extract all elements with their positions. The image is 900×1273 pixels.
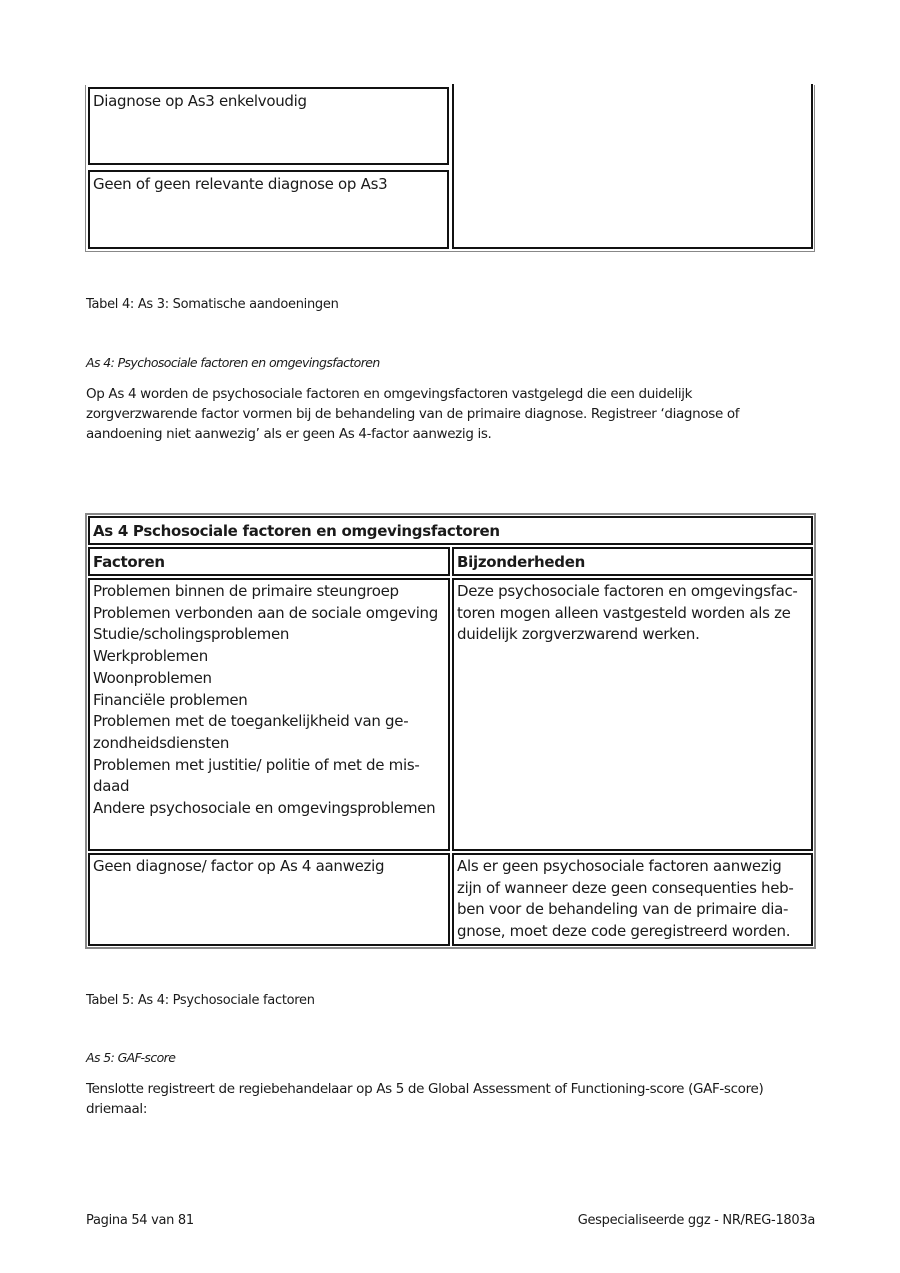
column-header-factoren: Factoren bbox=[88, 547, 450, 576]
section-heading-as5: As 5: GAF-score bbox=[86, 1050, 175, 1065]
paragraph-line: Op As 4 worden de psychosociale factoren… bbox=[86, 384, 826, 404]
table-5-caption: Tabel 5: As 4: Psychosociale factoren bbox=[86, 993, 315, 1008]
detail-line: gnose, moet deze code geregistreerd word… bbox=[457, 921, 808, 943]
table-title: As 4 Pschosociale factoren en omgevingsf… bbox=[88, 516, 813, 545]
page-number: Pagina 54 van 81 bbox=[86, 1213, 194, 1228]
table-cell-bijzonderheden: Deze psychosociale factoren en omgevings… bbox=[452, 578, 813, 851]
detail-line: duidelijk zorgverzwarend werken. bbox=[457, 624, 808, 646]
factor-line: Werkproblemen bbox=[93, 646, 445, 668]
paragraph-line: zorgverzwarende factor vormen bij de beh… bbox=[86, 404, 826, 424]
detail-line: zijn of wanneer deze geen consequenties … bbox=[457, 878, 808, 900]
factor-line: Woonproblemen bbox=[93, 668, 445, 690]
detail-line: Deze psychosociale factoren en omgevings… bbox=[457, 581, 808, 603]
factor-line: Andere psychosociale en omgevingsproblem… bbox=[93, 798, 445, 820]
table-cell-bijzonderheden: Als er geen psychosociale factoren aanwe… bbox=[452, 853, 813, 946]
factor-line: daad bbox=[93, 776, 445, 798]
paragraph-line: Tenslotte registreert de regiebehandelaa… bbox=[86, 1079, 826, 1099]
factor-line: zondheidsdiensten bbox=[93, 733, 445, 755]
table-cell-factoren: Problemen binnen de primaire steungroep … bbox=[88, 578, 450, 851]
factor-line: Problemen binnen de primaire steungroep bbox=[93, 581, 445, 603]
factor-line: Studie/scholingsproblemen bbox=[93, 624, 445, 646]
column-header-bijzonderheden: Bijzonderheden bbox=[452, 547, 813, 576]
table-cell: Geen of geen relevante diagnose op As3 bbox=[88, 170, 449, 249]
table-5: As 4 Pschosociale factoren en omgevingsf… bbox=[85, 513, 816, 949]
section-as4-paragraph: Op As 4 worden de psychosociale factoren… bbox=[86, 384, 826, 444]
section-heading-as4: As 4: Psychosociale factoren en omgeving… bbox=[86, 355, 380, 370]
table-4-caption: Tabel 4: As 3: Somatische aandoeningen bbox=[86, 297, 339, 312]
factor-line: Geen diagnose/ factor op As 4 aanwezig bbox=[93, 856, 445, 878]
detail-line: toren mogen alleen vastgesteld worden al… bbox=[457, 603, 808, 625]
factor-line: Problemen met de toegankelijkheid van ge… bbox=[93, 711, 445, 733]
detail-line: Als er geen psychosociale factoren aanwe… bbox=[457, 856, 808, 878]
table-4-remnant: Diagnose op As3 enkelvoudig Geen of geen… bbox=[85, 85, 815, 252]
paragraph-line: aandoening niet aanwezig’ als er geen As… bbox=[86, 424, 826, 444]
table-cell bbox=[452, 84, 813, 249]
paragraph-line: driemaal: bbox=[86, 1099, 826, 1119]
factor-line: Problemen verbonden aan de sociale omgev… bbox=[93, 603, 445, 625]
document-reference: Gespecialiseerde ggz - NR/REG-1803a bbox=[578, 1213, 815, 1228]
detail-line: ben voor de behandeling van de primaire … bbox=[457, 899, 808, 921]
factor-line: Financiële problemen bbox=[93, 690, 445, 712]
table-cell-factoren: Geen diagnose/ factor op As 4 aanwezig bbox=[88, 853, 450, 946]
factor-line: Problemen met justitie/ politie of met d… bbox=[93, 755, 445, 777]
section-as5-paragraph: Tenslotte registreert de regiebehandelaa… bbox=[86, 1079, 826, 1119]
table-cell: Diagnose op As3 enkelvoudig bbox=[88, 87, 449, 165]
